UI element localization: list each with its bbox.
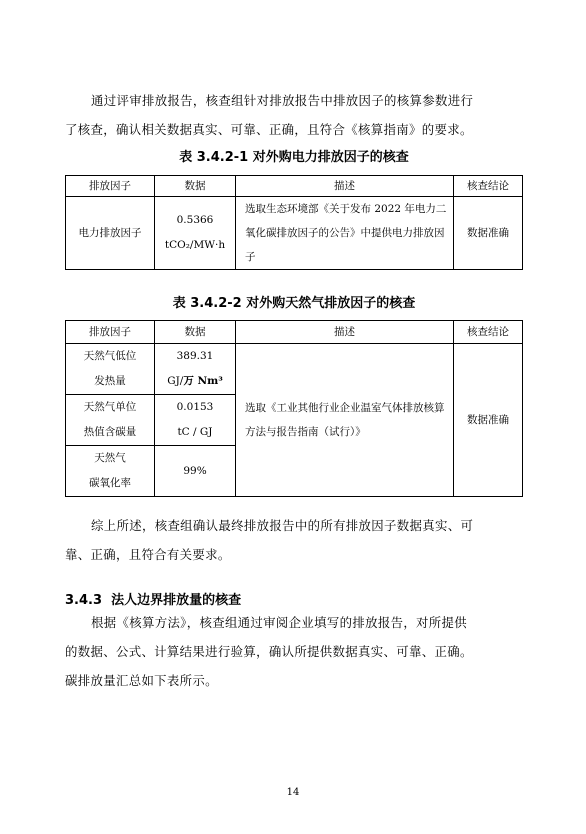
header-factor: 排放因子 xyxy=(66,176,155,197)
data-cell: 0.5366 tCO₂/MW·h xyxy=(155,197,236,270)
method-line-2: 的数据、公式、计算结果进行验算，确认所提供数据真实、可靠、正确。 xyxy=(65,637,523,666)
factor-line-1: 天然气低位 xyxy=(66,344,154,369)
table-row: 电力排放因子 0.5366 tCO₂/MW·h 选取生态环境部《关于发布 202… xyxy=(66,197,523,270)
data-cell: 389.31 GJ/万 Nm³ xyxy=(155,344,236,395)
factor-cell: 天然气单位 热值含碳量 xyxy=(66,395,155,446)
factor-cell: 天然气低位 发热量 xyxy=(66,344,155,395)
description-cell: 选取《工业其他行业企业温室气体排放核算方法与报告指南（试行）》 xyxy=(236,344,454,497)
section-number: 3.4.3 xyxy=(65,593,102,608)
intro-line-1: 通过评审排放报告，核查组针对排放报告中排放因子的核算参数进行 xyxy=(65,86,523,115)
header-description: 描述 xyxy=(236,176,454,197)
page-number: 14 xyxy=(0,787,586,798)
description-cell: 选取生态环境部《关于发布 2022 年电力二氧化碳排放因子的公告》中提供电力排放… xyxy=(236,197,454,270)
table-natural-gas-factor: 排放因子 数据 描述 核查结论 天然气低位 发热量 389.31 GJ/万 Nm… xyxy=(65,320,523,497)
table2-caption: 表 3.4.2-2 对外购天然气排放因子的核查 xyxy=(65,292,523,311)
factor-line-2: 热值含碳量 xyxy=(66,420,154,445)
unit-bold: 万 Nm³ xyxy=(183,375,222,387)
table-electricity-factor: 排放因子 数据 描述 核查结论 电力排放因子 0.5366 tCO₂/MW·h … xyxy=(65,175,523,270)
data-unit: tCO₂/MW·h xyxy=(155,233,235,258)
header-factor: 排放因子 xyxy=(66,321,155,344)
factor-line-2: 碳氧化率 xyxy=(66,471,154,496)
conclusion-cell: 数据准确 xyxy=(454,344,523,497)
section-title: 法人边界排放量的核查 xyxy=(111,593,241,608)
table1-caption: 表 3.4.2-1 对外购电力排放因子的核查 xyxy=(65,146,523,165)
summary-paragraph: 综上所述，核查组确认最终排放报告中的所有排放因子数据真实、可 靠、正确，且符合有… xyxy=(65,511,523,569)
header-conclusion: 核查结论 xyxy=(454,321,523,344)
data-value: 0.5366 xyxy=(155,208,235,233)
data-unit: tC / GJ xyxy=(155,420,235,445)
factor-line-2: 发热量 xyxy=(66,369,154,394)
header-description: 描述 xyxy=(236,321,454,344)
summary-line-2: 靠、正确，且符合有关要求。 xyxy=(65,540,523,569)
intro-line-2: 了核查，确认相关数据真实、可靠、正确，且符合《核算指南》的要求。 xyxy=(65,115,523,144)
factor-line-1: 天然气 xyxy=(66,446,154,471)
factor-cell: 电力排放因子 xyxy=(66,197,155,270)
table-row: 天然气低位 发热量 389.31 GJ/万 Nm³ 选取《工业其他行业企业温室气… xyxy=(66,344,523,395)
section-heading: 3.4.3 法人边界排放量的核查 xyxy=(65,589,241,608)
summary-line-1: 综上所述，核查组确认最终排放报告中的所有排放因子数据真实、可 xyxy=(65,511,523,540)
factor-line-1: 天然气单位 xyxy=(66,395,154,420)
conclusion-cell: 数据准确 xyxy=(454,197,523,270)
data-cell: 99% xyxy=(155,446,236,497)
method-paragraph: 根据《核算方法》，核查组通过审阅企业填写的排放报告，对所提供 的数据、公式、计算… xyxy=(65,608,523,695)
method-line-3: 碳排放量汇总如下表所示。 xyxy=(65,666,523,695)
header-conclusion: 核查结论 xyxy=(454,176,523,197)
factor-cell: 天然气 碳氧化率 xyxy=(66,446,155,497)
header-data: 数据 xyxy=(155,176,236,197)
data-value: 389.31 xyxy=(155,344,235,369)
table-header-row: 排放因子 数据 描述 核查结论 xyxy=(66,321,523,344)
unit-prefix: GJ/ xyxy=(167,375,183,387)
data-unit: GJ/万 Nm³ xyxy=(155,369,235,394)
intro-paragraph: 通过评审排放报告，核查组针对排放报告中排放因子的核算参数进行 了核查，确认相关数… xyxy=(65,86,523,144)
data-value: 0.0153 xyxy=(155,395,235,420)
table-header-row: 排放因子 数据 描述 核查结论 xyxy=(66,176,523,197)
method-line-1: 根据《核算方法》，核查组通过审阅企业填写的排放报告，对所提供 xyxy=(65,608,523,637)
header-data: 数据 xyxy=(155,321,236,344)
data-cell: 0.0153 tC / GJ xyxy=(155,395,236,446)
